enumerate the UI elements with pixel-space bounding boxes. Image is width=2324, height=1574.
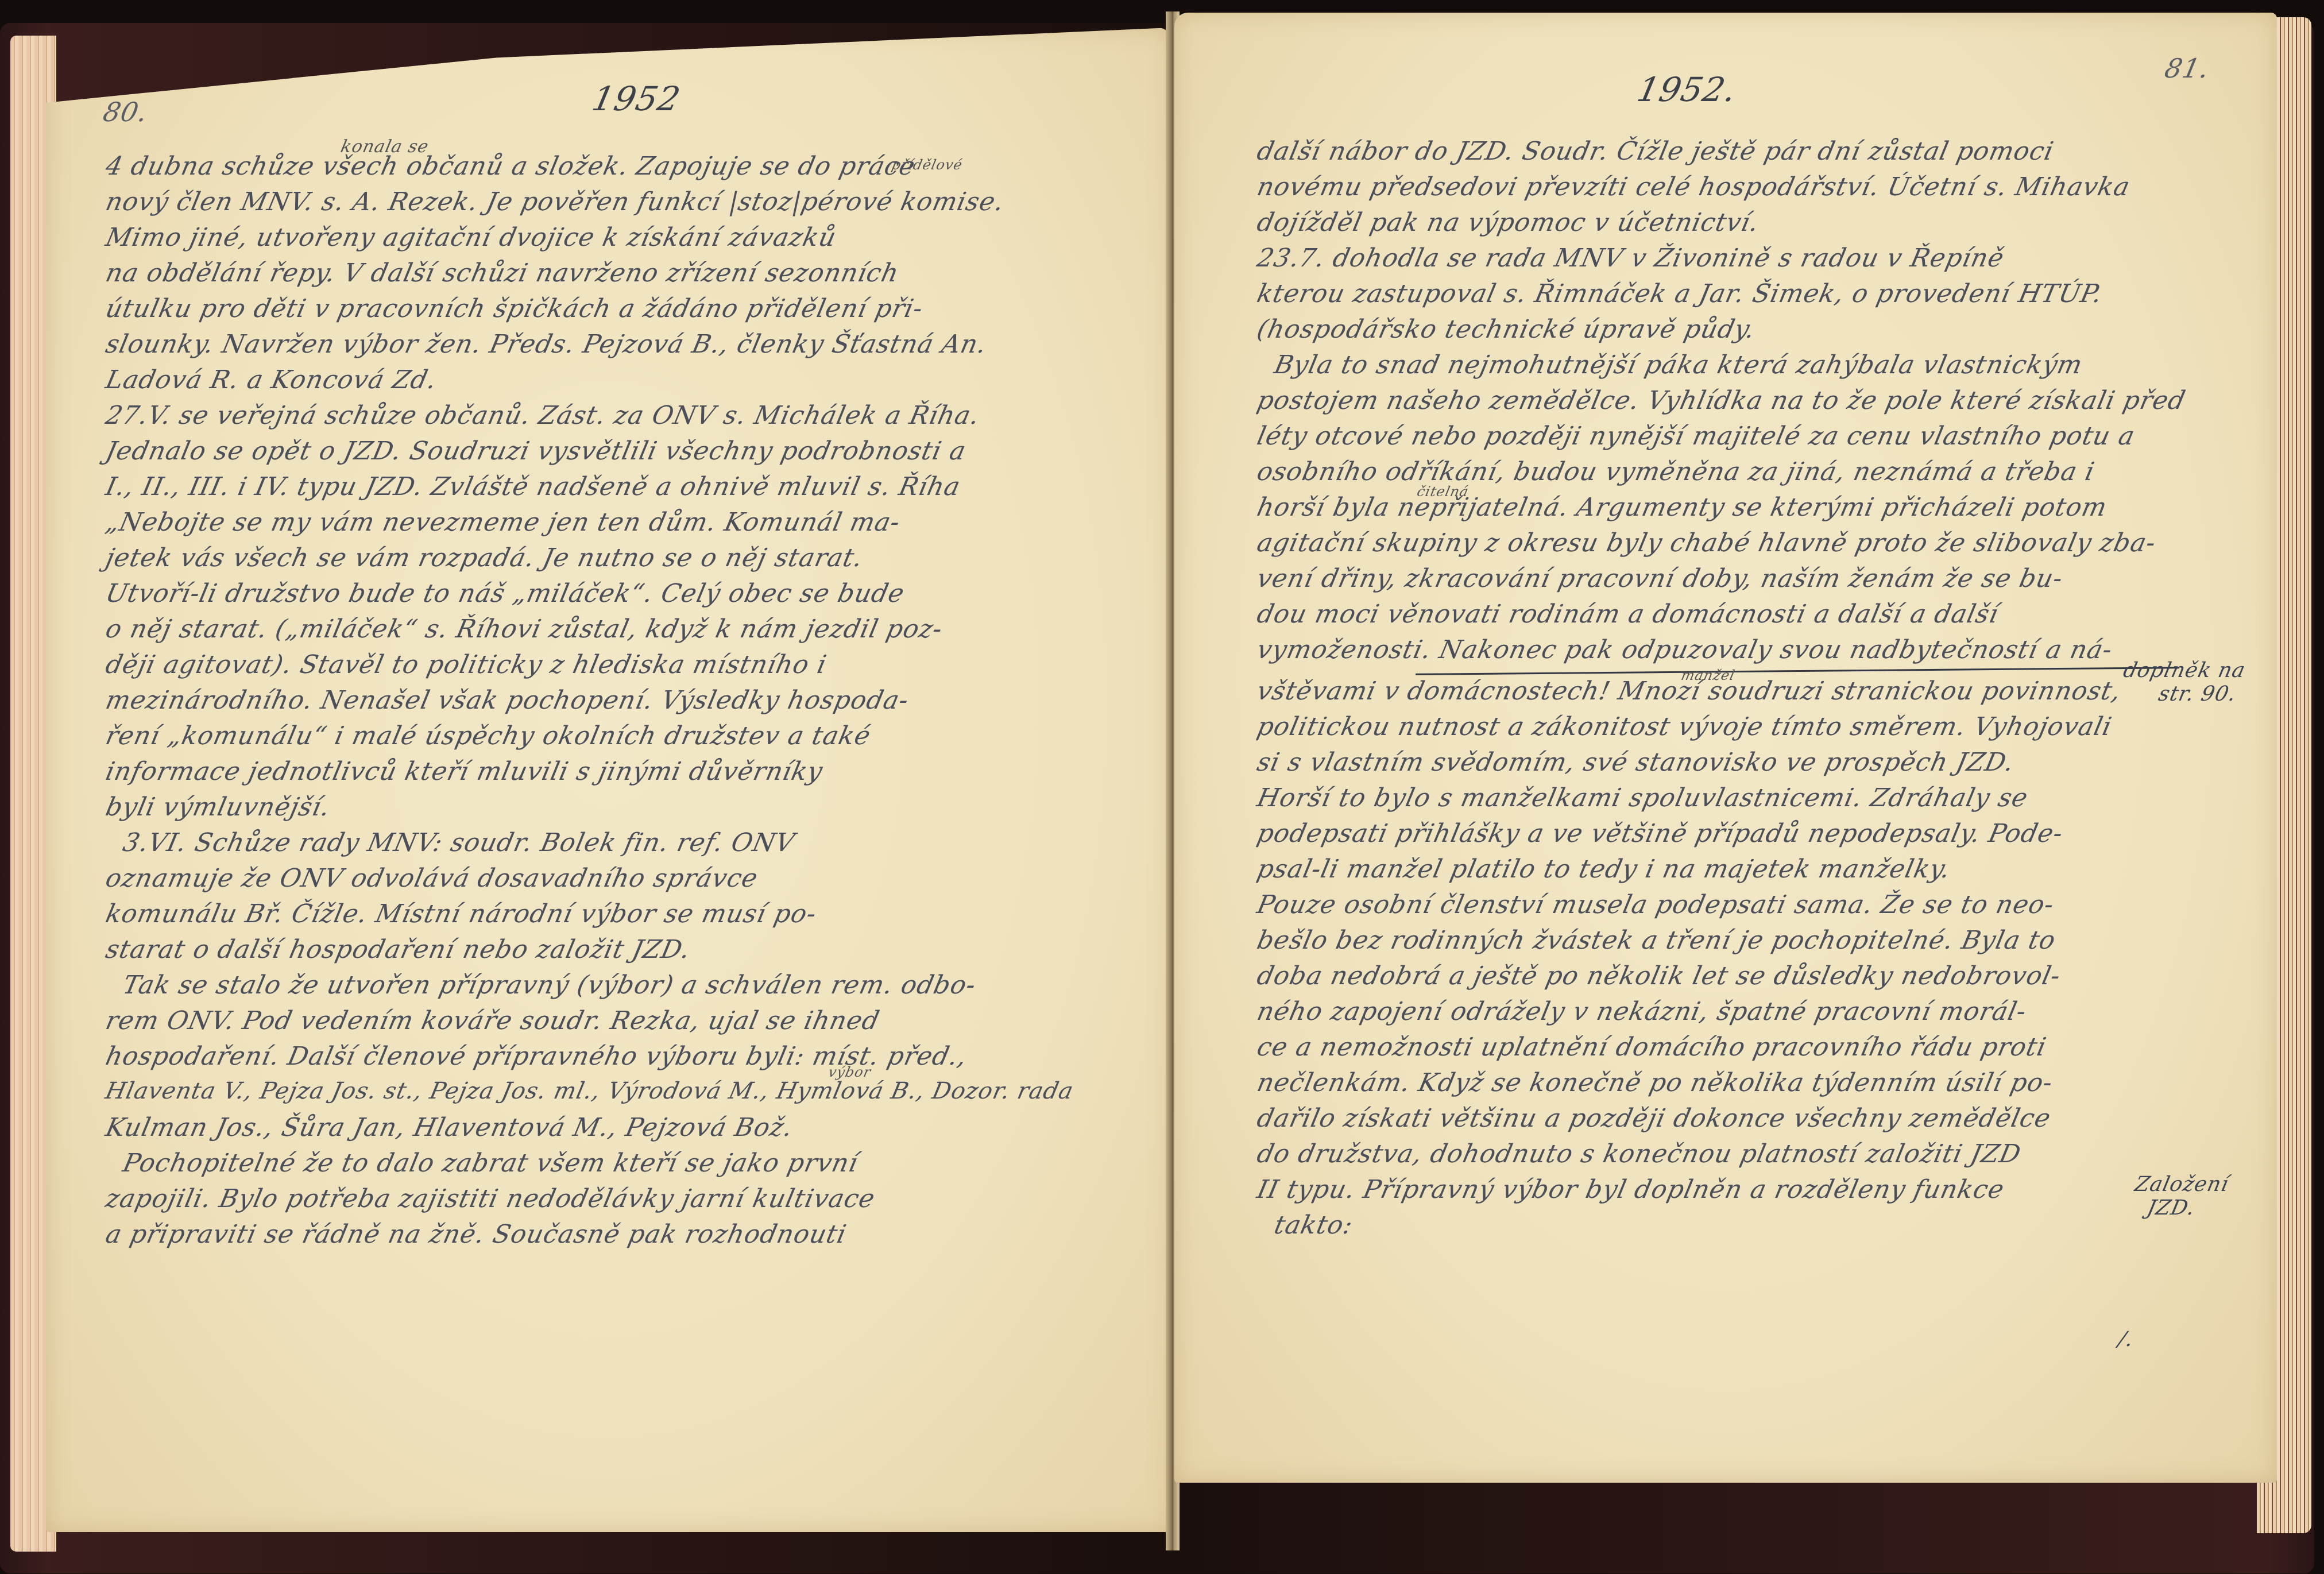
- text-line: rem ONV. Pod vedením kováře soudr. Rezka…: [103, 1008, 882, 1034]
- text-line: vštěvami v domácnostech! Mnozí soudruzi …: [1255, 679, 2124, 704]
- left-page-year: 1952: [589, 79, 684, 118]
- text-line: 3.VI. Schůze rady MNV: soudr. Bolek fin.…: [121, 830, 797, 856]
- margin-note-line: JZD.: [2128, 1196, 2226, 1220]
- text-line: mezinárodního. Nenašel však pochopení. V…: [103, 688, 911, 713]
- text-line: psal-li manžel platilo to tedy i na maje…: [1255, 857, 1953, 882]
- text-line: „Nebojte se my vám nevezmeme jen ten dům…: [103, 510, 903, 535]
- text-line: (hospodářsko technické úpravě půdy.: [1255, 317, 1758, 342]
- text-line: nový člen MNV. s. A. Rezek. Je pověřen f…: [103, 190, 1007, 215]
- text-line: takto:: [1272, 1213, 1355, 1238]
- margin-note-line: Založení: [2133, 1173, 2231, 1196]
- text-line: ného zapojení odrážely v nekázni, špatné…: [1255, 999, 2029, 1024]
- right-page: 81. 1952. další nábor do JZD. Soudr. Číž…: [1174, 13, 2277, 1483]
- text-line: zapojili. Bylo potřeba zajistiti nedoděl…: [103, 1186, 877, 1212]
- text-line: Hlaventa V., Pejza Jos. st., Pejza Jos. …: [103, 1080, 1076, 1103]
- text-line: si s vlastním svědomím, své stanovisko v…: [1255, 750, 2016, 775]
- text-line: Ladová R. a Koncová Zd.: [103, 368, 439, 393]
- text-line: nečlenkám. Když se konečně po několika t…: [1255, 1070, 2055, 1096]
- text-line: II typu. Přípravný výbor byl doplněn a r…: [1255, 1177, 2006, 1202]
- text-line: útulku pro děti v pracovních špičkách a …: [103, 296, 925, 322]
- text-line: byli výmluvnější.: [103, 795, 332, 820]
- text-line: komunálu Bř. Čížle. Místní národní výbor…: [103, 902, 819, 927]
- text-line: politickou nutnost a zákonitost vývoje t…: [1255, 714, 2114, 740]
- text-line: podepsati přihlášky a ve většině případů…: [1255, 821, 2065, 846]
- text-line: postojem našeho zemědělce. Vyhlídka na t…: [1255, 388, 2188, 413]
- text-line: novému předsedovi převzíti celé hospodář…: [1255, 175, 2132, 200]
- text-line: 4 dubna schůze všech občanů a složek. Za…: [103, 154, 918, 179]
- text-line: dařilo získati většinu a později dokonce…: [1255, 1106, 2053, 1131]
- text-line: oznamuje že ONV odvolává dosavadního spr…: [103, 866, 760, 891]
- text-line: vení dřiny, zkracování pracovní doby, na…: [1255, 566, 2065, 591]
- margin-note-doplnek: doplněk na str. 90.: [2116, 659, 2248, 706]
- text-line: Jednalo se opět o JZD. Soudruzi vysvětli…: [103, 439, 968, 464]
- margin-note-line: str. 90.: [2116, 682, 2242, 706]
- text-line: 27.V. se veřejná schůze občanů. Zást. za…: [103, 403, 982, 428]
- left-page-number: 80.: [100, 96, 151, 127]
- text-line: vymoženosti. Nakonec pak odpuzovaly svou…: [1255, 637, 2115, 663]
- text-line: ději agitovat). Stavěl to politicky z hl…: [103, 652, 829, 678]
- text-line: informace jednotlivců kteří mluvili s ji…: [103, 759, 825, 784]
- text-line: léty otcové nebo později nynější majitel…: [1255, 424, 2137, 449]
- margin-note-slash: /.: [2116, 1328, 2136, 1351]
- text-line: a připraviti se řádně na žně. Současně p…: [103, 1222, 849, 1247]
- text-line: Tak se stalo že utvořen přípravný (výbor…: [121, 973, 979, 998]
- text-line: kterou zastupoval s. Řimnáček a Jar. Šim…: [1255, 281, 2105, 307]
- text-line: Kulman Jos., Šůra Jan, Hlaventová M., Pe…: [103, 1115, 795, 1140]
- text-line: doba nedobrá a ještě po několik let se d…: [1255, 964, 2063, 989]
- text-line: bešlo bez rodinných žvástek a tření je p…: [1255, 928, 2058, 953]
- text-line: dou moci věnovati rodinám a domácnosti a…: [1255, 602, 2001, 627]
- text-line: Mimo jiné, utvořeny agitační dvojice k z…: [103, 225, 838, 250]
- text-line: I., II., III. i IV. typu JZD. Zvláště na…: [103, 474, 962, 500]
- text-line: do družstva, dohodnuto s konečnou platno…: [1255, 1142, 2023, 1167]
- text-line: starat o další hospodaření nebo založit …: [103, 937, 693, 962]
- text-line: o něj starat. („miláček“ s. Říhovi zůsta…: [103, 617, 945, 642]
- text-line: jetek vás všech se vám rozpadá. Je nutno…: [103, 546, 865, 571]
- text-line: Byla to snad nejmohutnější páka která za…: [1272, 353, 2085, 378]
- text-line: na obdělání řepy. V další schůzi navržen…: [103, 261, 901, 286]
- margin-note-zalozeni: Založení JZD.: [2128, 1173, 2231, 1220]
- text-line: hospodaření. Další členové přípravného v…: [103, 1044, 969, 1069]
- right-page-year: 1952.: [1634, 70, 1741, 109]
- text-line: Horší to bylo s manželkami spoluvlastnic…: [1255, 786, 2030, 811]
- left-page: 80. 1952 konala se přídělové výbor 4 dub…: [46, 28, 1171, 1532]
- text-line: Pouze osobní členství musela podepsati s…: [1255, 892, 2056, 918]
- text-line: ření „komunálu“ i malé úspěchy okolních …: [103, 724, 873, 749]
- insertion-rule-line: [1416, 667, 2179, 675]
- margin-note-line: doplněk na: [2121, 659, 2248, 682]
- text-line: Utvoří-li družstvo bude to náš „miláček“…: [103, 581, 907, 606]
- text-line: osobního odříkání, budou vyměněna za jin…: [1255, 459, 2097, 485]
- text-line: ce a nemožnosti uplatnění domácího praco…: [1255, 1035, 2048, 1060]
- right-page-number: 81.: [2162, 53, 2213, 84]
- text-line: další nábor do JZD. Soudr. Čížle ještě p…: [1255, 139, 2056, 164]
- text-line: 23.7. dohodla se rada MNV v Živonině s r…: [1255, 246, 2006, 271]
- text-line: agitační skupiny z okresu byly chabé hla…: [1255, 531, 2158, 556]
- text-line: Pochopitelné že to dalo zabrat všem kteř…: [121, 1151, 860, 1176]
- text-line: slounky. Navržen výbor žen. Předs. Pejzo…: [103, 332, 989, 357]
- text-line: horší byla nepřijatelná. Argumenty se kt…: [1255, 495, 2109, 520]
- text-line: dojížděl pak na výpomoc v účetnictví.: [1255, 210, 1761, 235]
